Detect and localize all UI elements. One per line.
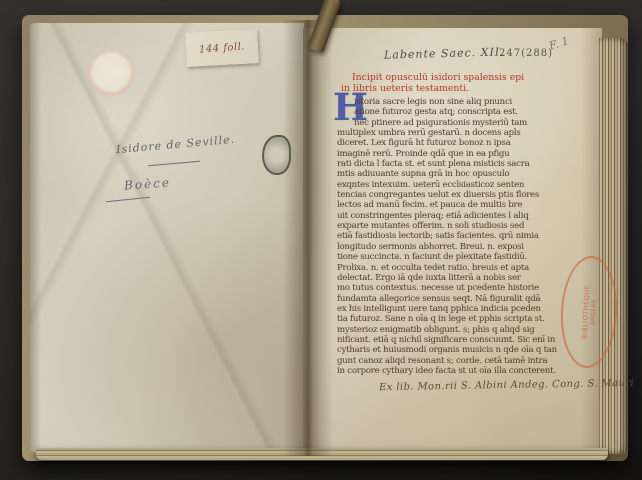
rubric-incipit: Incipit opusculū isidori spalensis epiin… xyxy=(352,72,602,94)
foliation-label-text: 144 foll. xyxy=(199,41,246,55)
fore-edge-pages xyxy=(599,38,628,454)
manuscript-text-line: exqntes intexuim. ueterū ecclsiasticoz s… xyxy=(337,180,601,190)
manuscript-text-line: mo tutus contextus. necesse ut pcedente … xyxy=(337,283,601,293)
library-stamp-text: BIBLIOTHEQUE xyxy=(580,284,591,339)
ink-blot xyxy=(262,135,291,175)
manuscript-photo: 144 foll. Isidore de Seville. Boèce Labe… xyxy=(0,0,642,480)
manuscript-text-line: diceret. Lex figurā ht futuroz bonoz n i… xyxy=(337,138,601,148)
wax-stain xyxy=(87,50,135,96)
manuscript-text-line: longitudo sermonis abhorret. Breui. n. e… xyxy=(337,242,601,252)
manuscript-text-line: delectat. Ergo iā qde iuxta litterā a no… xyxy=(337,273,601,283)
manuscript-text-line: nificant. etiā q nichil significare cons… xyxy=(337,335,601,345)
manuscript-text-line: etiā fastidiosis lectorib; satis facient… xyxy=(337,231,601,241)
manuscript-text-line: mtis adiuuante supna grā in hoc opusculo xyxy=(337,169,601,179)
left-flyleaf-page xyxy=(30,23,304,452)
manuscript-text-line: multiplex umbra rerū gestarū. n docens a… xyxy=(337,128,601,138)
manuscript-text-line: in corpore cythary ideo facta st ut oīa … xyxy=(337,366,601,376)
shelfmark-annotation: 247(288) xyxy=(499,48,553,59)
manuscript-text-line: gunt canoz aliqd resonant s; corde. cetā… xyxy=(337,356,601,366)
manuscript-text-line: istoria sacre legis non sine aliq pnunci xyxy=(354,97,601,107)
library-stamp-text-2: ANGERS xyxy=(590,299,597,325)
manuscript-text-line: nec ptinere ad psigurationis mysteriū ta… xyxy=(354,118,601,128)
manuscript-text-line: atione futuroz gesta atq; conscripta est… xyxy=(354,107,601,117)
manuscript-text-line: exparte mutantes offerim. n soli studios… xyxy=(337,221,601,231)
manuscript-text-line: lectos ad manū fecim. et pauca de multis… xyxy=(337,200,601,210)
manuscript-text-line: tione succincta. n faciunt de plexitate … xyxy=(337,252,601,262)
manuscript-text-line: tencias congregantes uelut ex diuersis p… xyxy=(337,190,601,200)
foliation-label-slip: 144 foll. xyxy=(185,29,259,67)
manuscript-text-line: rati dicta l facta st. et sunt plena mis… xyxy=(337,159,601,169)
gutter-shadow xyxy=(283,20,333,456)
manuscript-text-line: in libris ueteris testamenti. xyxy=(341,83,602,94)
manuscript-text-line: imaginē rerū. Proinde qdā que in ea pfig… xyxy=(337,149,601,159)
manuscript-text-line: Prolixa. n. et occulta tedet ratio. breu… xyxy=(337,263,601,273)
manuscript-text-line: Incipit opusculū isidori spalensis epi xyxy=(352,72,602,83)
manuscript-text-line: uit constringentes pleraq; etiā adicient… xyxy=(337,211,601,221)
manuscript-text-line: cytharis et huiusmodi organis musicis n … xyxy=(337,345,601,355)
